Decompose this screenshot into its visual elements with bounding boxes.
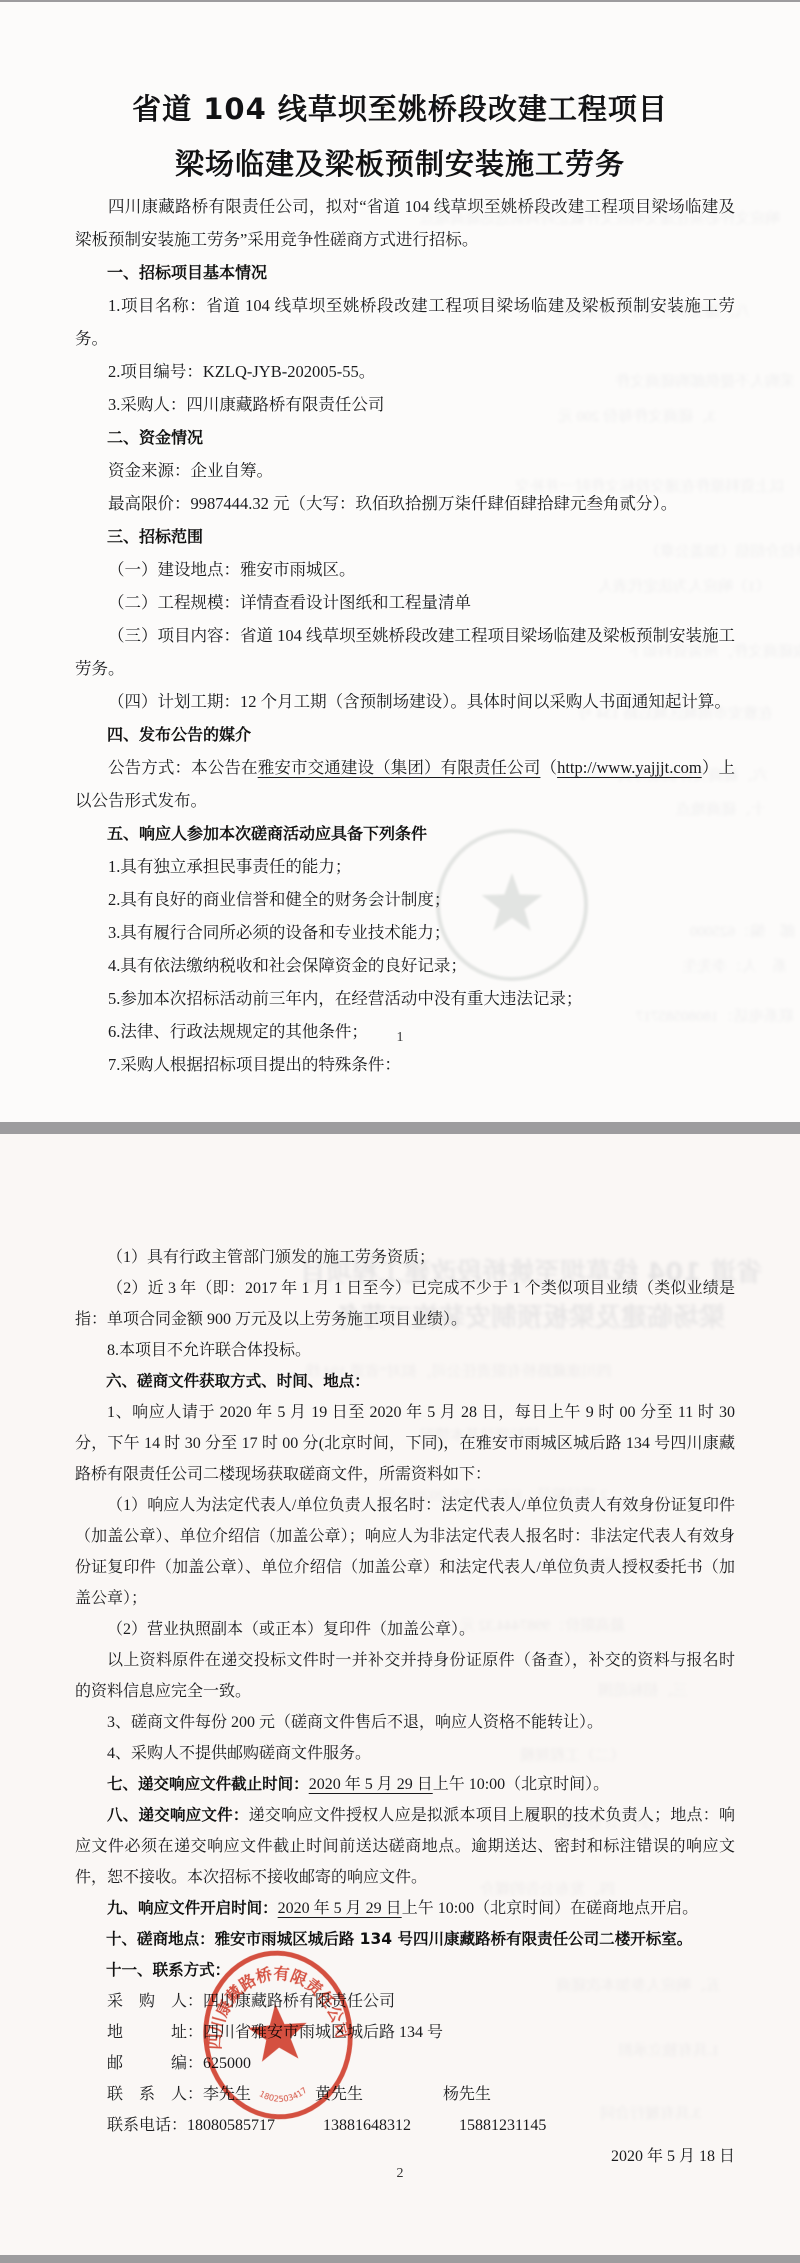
contact-address: 地 址：四川省雅安市雨城区城后路 134 号 [75,2017,735,2048]
section-9-opening: 九、响应文件开启时间：2020 年 5 月 29 日上午 10:00（北京时间）… [75,1893,735,1924]
text-run: 七、递交响应文件截止时间： [107,1775,309,1793]
text-run: （二）工程规模：详情查看设计图纸和工程量清单 [108,593,471,612]
project-number: 2.项目编号：KZLQ-JYB-202005-55。 [75,355,735,388]
text-run: 地 址：四川省雅安市雨城区城后路 134 号 [107,2024,443,2041]
material-note: 以上资料原件在递交投标文件时一并补交并持身份证原件（备查），补交的资料与报名时的… [75,1645,735,1707]
planned-duration: （四）计划工期：12 个月工期（含预制场建设）。具体时间以采购人书面通知起计算。 [75,685,735,718]
text-run: 四、发布公告的媒介 [107,725,251,744]
text-run: （2）营业执照副本（或正本）复印件（加盖公章）。 [107,1621,475,1638]
text-run: 上午 10:00（北京时间）。 [433,1776,609,1793]
condition-4: 4.具有依法缴纳税收和社会保障资金的良好记录； [75,949,735,982]
text-run: 邮 编：625000 [107,2055,251,2072]
text-run: 公告方式：本公告在 [108,758,258,777]
condition-7: 7.采购人根据招标项目提出的特殊条件： [75,1048,735,1081]
text-run: 2020 年 5 月 29 日 [309,1776,433,1793]
contact-postcode: 邮 编：625000 [75,2048,735,2079]
condition-2: 2.具有良好的商业信誉和健全的财务会计制度； [75,883,735,916]
condition-3: 3.具有履行合同所必须的设备和专业技术能力； [75,916,735,949]
section-11-contact-heading: 十一、联系方式： [75,1955,735,1986]
required-material-2: （2）营业执照副本（或正本）复印件（加盖公章）。 [75,1614,735,1645]
text-run: 4.具有依法缴纳税收和社会保障资金的良好记录； [108,956,467,975]
text-run: 雅安市交通建设（集团）有限责任公司 [258,758,541,777]
special-condition-1: （1）具有行政主管部门颁发的施工劳务资质； [75,1242,735,1273]
title-line-2: 梁场临建及梁板预制安装施工劳务 [0,137,800,192]
section-5-heading: 五、响应人参加本次磋商活动应具备下列条件 [75,817,735,850]
text-run: 五、响应人参加本次磋商活动应具备下列条件 [107,824,427,843]
doc-fee: 3、磋商文件每份 200 元（磋商文件售后不退，响应人资格不能转让）。 [75,1707,735,1738]
doc-obtain-time: 1、响应人请于 2020 年 5 月 19 日至 2020 年 5 月 28 日… [75,1397,735,1490]
text-run: 采 购 人：四川康藏路桥有限责任公司 [107,1993,395,2010]
text-run: 3.具有履行合同所必须的设备和专业技术能力； [108,923,450,942]
text-run: 4、采购人不提供邮购磋商文件服务。 [107,1745,371,1762]
text-run: 十、磋商地点：雅安市雨城区城后路 134 号四川康藏路桥有限责任公司二楼开标室。 [106,1930,692,1948]
page-2-number: 2 [0,2166,800,2182]
text-run: 三、招标范围 [107,527,203,546]
contact-persons: 联 系 人：李先生 黄先生 杨先生 [75,2079,735,2110]
condition-1: 1.具有独立承担民事责任的能力； [75,850,735,883]
purchaser: 3.采购人：四川康藏路桥有限责任公司 [75,388,735,421]
text-run: 资金来源：企业自筹。 [108,461,273,480]
text-run: （2）近 3 年（即：2017 年 1 月 1 日至今）已完成不少于 1 个类似… [75,1280,735,1328]
max-price: 最高限价：9987444.32 元（大写：玖佰玖拾捌万柒仟肆佰肆拾肆元叁角贰分）… [75,487,735,520]
required-material-1: （1）响应人为法定代表人/单位负责人报名时：法定代表人/单位负责人有效身份证复印… [75,1490,735,1614]
text-run: 上午 10:00（北京时间）在磋商地点开启。 [402,1900,698,1917]
page-1: 响应文件必须在递交响应文件截止时间前送达磋商地点八、递交响应文件：递交响应采购人… [0,2,800,1122]
section-3-heading: 三、招标范围 [75,520,735,553]
text-run: 八、递交响应文件： [107,1806,249,1824]
text-run: 2020 年 5 月 29 日 [278,1900,402,1917]
special-condition-2: （2）近 3 年（即：2017 年 1 月 1 日至今）已完成不少于 1 个类似… [75,1273,735,1335]
project-scale: （二）工程规模：详情查看设计图纸和工程量清单 [75,586,735,619]
text-run: 联 系 人：李先生 黄先生 杨先生 [107,2086,491,2103]
text-run: （ [540,758,557,777]
no-mail-order: 4、采购人不提供邮购磋商文件服务。 [75,1738,735,1769]
text-run: 六、磋商文件获取方式、时间、地点： [106,1372,370,1390]
text-run: （1）具有行政主管部门颁发的施工劳务资质； [107,1249,435,1266]
text-run: 3.采购人：四川康藏路桥有限责任公司 [108,395,384,414]
text-run: 最高限价：9987444.32 元（大写：玖佰玖拾捌万柒仟肆佰肆拾肆元叁角贰分）… [108,494,677,513]
text-run: 以上资料原件在递交投标文件时一并补交并持身份证原件（备查），补交的资料与报名时的… [75,1652,735,1700]
text-run: http://www.yajjjt.com [557,758,702,777]
text-run: 四川康藏路桥有限责任公司，拟对“省道 104 线草坝至姚桥段改建工程项目梁场临建… [75,197,735,249]
text-run: 1.具有独立承担民事责任的能力； [108,857,351,876]
document-title: 省道 104 线草坝至姚桥段改建工程项目 梁场临建及梁板预制安装施工劳务 [0,82,800,192]
project-content: （三）项目内容：省道 104 线草坝至姚桥段改建工程项目梁场临建及梁板预制安装施… [75,619,735,685]
section-6-heading: 六、磋商文件获取方式、时间、地点： [75,1366,735,1397]
page-2-body: （1）具有行政主管部门颁发的施工劳务资质；（2）近 3 年（即：2017 年 1… [75,1242,735,2172]
text-run: 3、磋商文件每份 200 元（磋商文件售后不退，响应人资格不能转让）。 [107,1714,603,1731]
text-run: 2020 年 5 月 18 日 [611,2148,735,2165]
text-run: 2.具有良好的商业信誉和健全的财务会计制度； [108,890,450,909]
fund-source: 资金来源：企业自筹。 [75,454,735,487]
text-run: 十一、联系方式： [106,1961,230,1979]
text-run: 1.项目名称：省道 104 线草坝至姚桥段改建工程项目梁场临建及梁板预制安装施工… [75,296,735,348]
text-run: 2.项目编号：KZLQ-JYB-202005-55。 [108,362,375,381]
text-run: 联系电话：18080585717 13881648312 15881231145 [107,2117,546,2134]
section-8-submission: 八、递交响应文件：递交响应文件授权人应是拟派本项目上履职的技术负责人；地点：响应… [75,1800,735,1893]
text-run: 1、响应人请于 2020 年 5 月 19 日至 2020 年 5 月 28 日… [75,1404,735,1483]
text-run: 九、响应文件开启时间： [107,1899,278,1917]
section-4-heading: 四、发布公告的媒介 [75,718,735,751]
contact-phones: 联系电话：18080585717 13881648312 15881231145 [75,2110,735,2141]
intro-paragraph: 四川康藏路桥有限责任公司，拟对“省道 104 线草坝至姚桥段改建工程项目梁场临建… [75,190,735,256]
page-2: 省道 104 线草坝至姚桥段改建工程项目梁场临建及梁板预制安装施工劳务四川康藏路… [0,1134,800,2255]
page-1-number: 1 [0,1030,800,1046]
project-name: 1.项目名称：省道 104 线草坝至姚桥段改建工程项目梁场临建及梁板预制安装施工… [75,289,735,355]
condition-8: 8.本项目不允许联合体投标。 [75,1335,735,1366]
text-run: （一）建设地点：雅安市雨城区。 [108,560,356,579]
condition-5: 5.参加本次招标活动前三年内，在经营活动中没有重大违法记录； [75,982,735,1015]
text-run: （四）计划工期：12 个月工期（含预制场建设）。具体时间以采购人书面通知起计算。 [108,692,731,711]
text-run: 一、招标项目基本情况 [107,263,267,282]
announce-method: 公告方式：本公告在雅安市交通建设（集团）有限责任公司（http://www.ya… [75,751,735,817]
text-run: 8.本项目不允许联合体投标。 [107,1342,311,1359]
text-run: （三）项目内容：省道 104 线草坝至姚桥段改建工程项目梁场临建及梁板预制安装施… [75,626,735,678]
contact-purchaser: 采 购 人：四川康藏路桥有限责任公司 [75,1986,735,2017]
text-run: 7.采购人根据招标项目提出的特殊条件： [108,1055,401,1074]
section-10-venue: 十、磋商地点：雅安市雨城区城后路 134 号四川康藏路桥有限责任公司二楼开标室。 [75,1924,735,1955]
title-line-1: 省道 104 线草坝至姚桥段改建工程项目 [0,82,800,137]
section-2-heading: 二、资金情况 [75,421,735,454]
build-location: （一）建设地点：雅安市雨城区。 [75,553,735,586]
section-7-deadline: 七、递交响应文件截止时间：2020 年 5 月 29 日上午 10:00（北京时… [75,1769,735,1800]
page-1-body: 四川康藏路桥有限责任公司，拟对“省道 104 线草坝至姚桥段改建工程项目梁场临建… [75,190,735,1081]
section-1-heading: 一、招标项目基本情况 [75,256,735,289]
text-run: 5.参加本次招标活动前三年内，在经营活动中没有重大违法记录； [108,989,582,1008]
text-run: 二、资金情况 [107,428,203,447]
text-run: （1）响应人为法定代表人/单位负责人报名时：法定代表人/单位负责人有效身份证复印… [75,1497,735,1607]
